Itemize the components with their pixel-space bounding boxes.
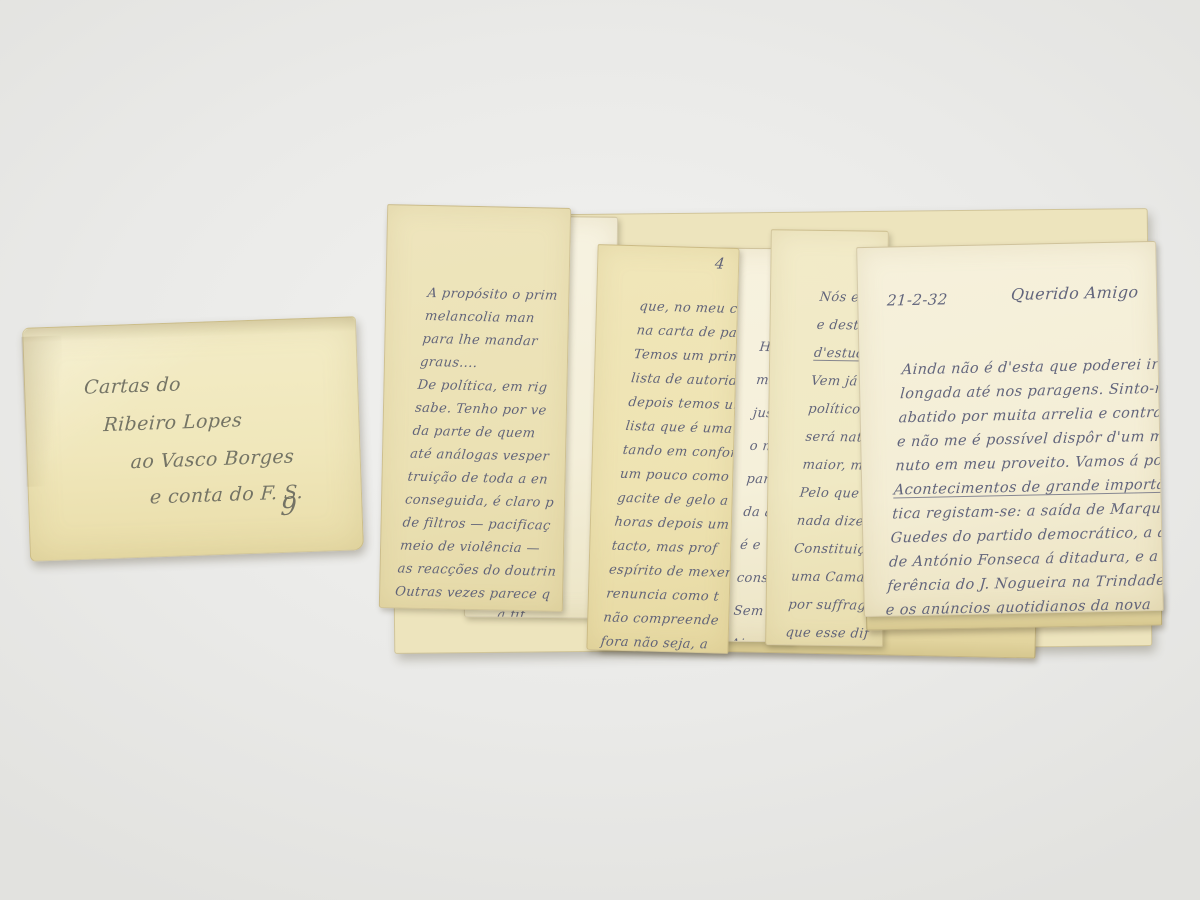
letter-date: 21-2-32 <box>886 290 948 309</box>
handwritten-line: lista que é uma a <box>624 415 739 442</box>
handwritten-line: da parte de quem <box>411 420 571 446</box>
handwritten-line: depois temos uma <box>627 391 740 418</box>
handwritten-line: graus.... <box>419 351 571 377</box>
handwritten-line: gacite de gelo a <box>616 487 740 514</box>
handwritten-line: lista de autoridad <box>630 367 740 394</box>
handwritten-line: renuncia como t <box>605 583 734 610</box>
handwritten-line: sabe. Tenho por ve <box>414 397 571 423</box>
handwritten-line: horas depois um <box>613 511 740 538</box>
handwritten-line: de filtros — pacificaç <box>401 512 562 538</box>
handwritten-line: conseguida, é claro p <box>404 489 565 515</box>
page-number: 4 <box>714 254 726 272</box>
handwritten-line: as reacções do doutrin <box>396 557 557 583</box>
handwritten-line: espírito de mexer <box>608 559 737 586</box>
handwritten-line: que, no meu co <box>638 295 740 322</box>
handwritten-line: fora não seja, a <box>599 630 728 654</box>
envelope-side-crease <box>21 336 66 487</box>
handwritten-line: Outras vezes parece q <box>394 580 555 606</box>
letter-page-6: 21-2-32 Querido Amigo Ainda não é d'esta… <box>856 241 1164 617</box>
handwritten-line: para lhe mandar <box>421 328 571 354</box>
handwritten-line: um pouco como <box>619 463 740 490</box>
envelope-flap-crease <box>23 317 355 343</box>
envelope-address-line: Cartas do <box>84 373 182 398</box>
envelope-address-line: ao Vasco Borges <box>130 445 295 473</box>
handwritten-line: Temos um prim <box>632 343 739 370</box>
letter-salutation: Querido Amigo <box>1010 282 1139 304</box>
envelope-address-line: Ribeiro Lopes <box>103 409 243 436</box>
letter-page-1-text: A propósito o primmelancolia manpara lhe… <box>394 282 571 607</box>
handwritten-line: na carta de pa <box>635 319 739 346</box>
letter-page-1: A propósito o primmelancolia manpara lhe… <box>379 204 571 612</box>
letter-page-6-text: Ainda não é d'esta que poderei ir delong… <box>885 351 1164 617</box>
letter-page-3-text: que, no meu cona carta de paTemos um pri… <box>599 295 739 654</box>
handwritten-line: até análogas vesper <box>409 443 570 469</box>
envelope: Cartas do Ribeiro Lopes ao Vasco Borges … <box>22 316 364 562</box>
handwritten-line: Ain <box>729 628 770 643</box>
handwritten-line: De política, em rig <box>416 374 571 400</box>
handwritten-line: truição de toda a en <box>406 466 567 492</box>
handwritten-line: não compreende <box>602 606 731 633</box>
envelope-number: 9 <box>280 491 298 521</box>
handwritten-line: melancolia man <box>424 305 571 331</box>
handwritten-line: meio de violência — <box>399 534 560 560</box>
letter-page-3: 4 que, no meu cona carta de paTemos um p… <box>586 244 739 654</box>
handwritten-line: tacto, mas prof <box>610 535 739 562</box>
photo-of-letters: Cartas do Ribeiro Lopes ao Vasco Borges … <box>0 0 1200 900</box>
handwritten-line: tando em confor <box>621 439 739 466</box>
handwritten-line: A propósito o prim <box>426 282 571 308</box>
